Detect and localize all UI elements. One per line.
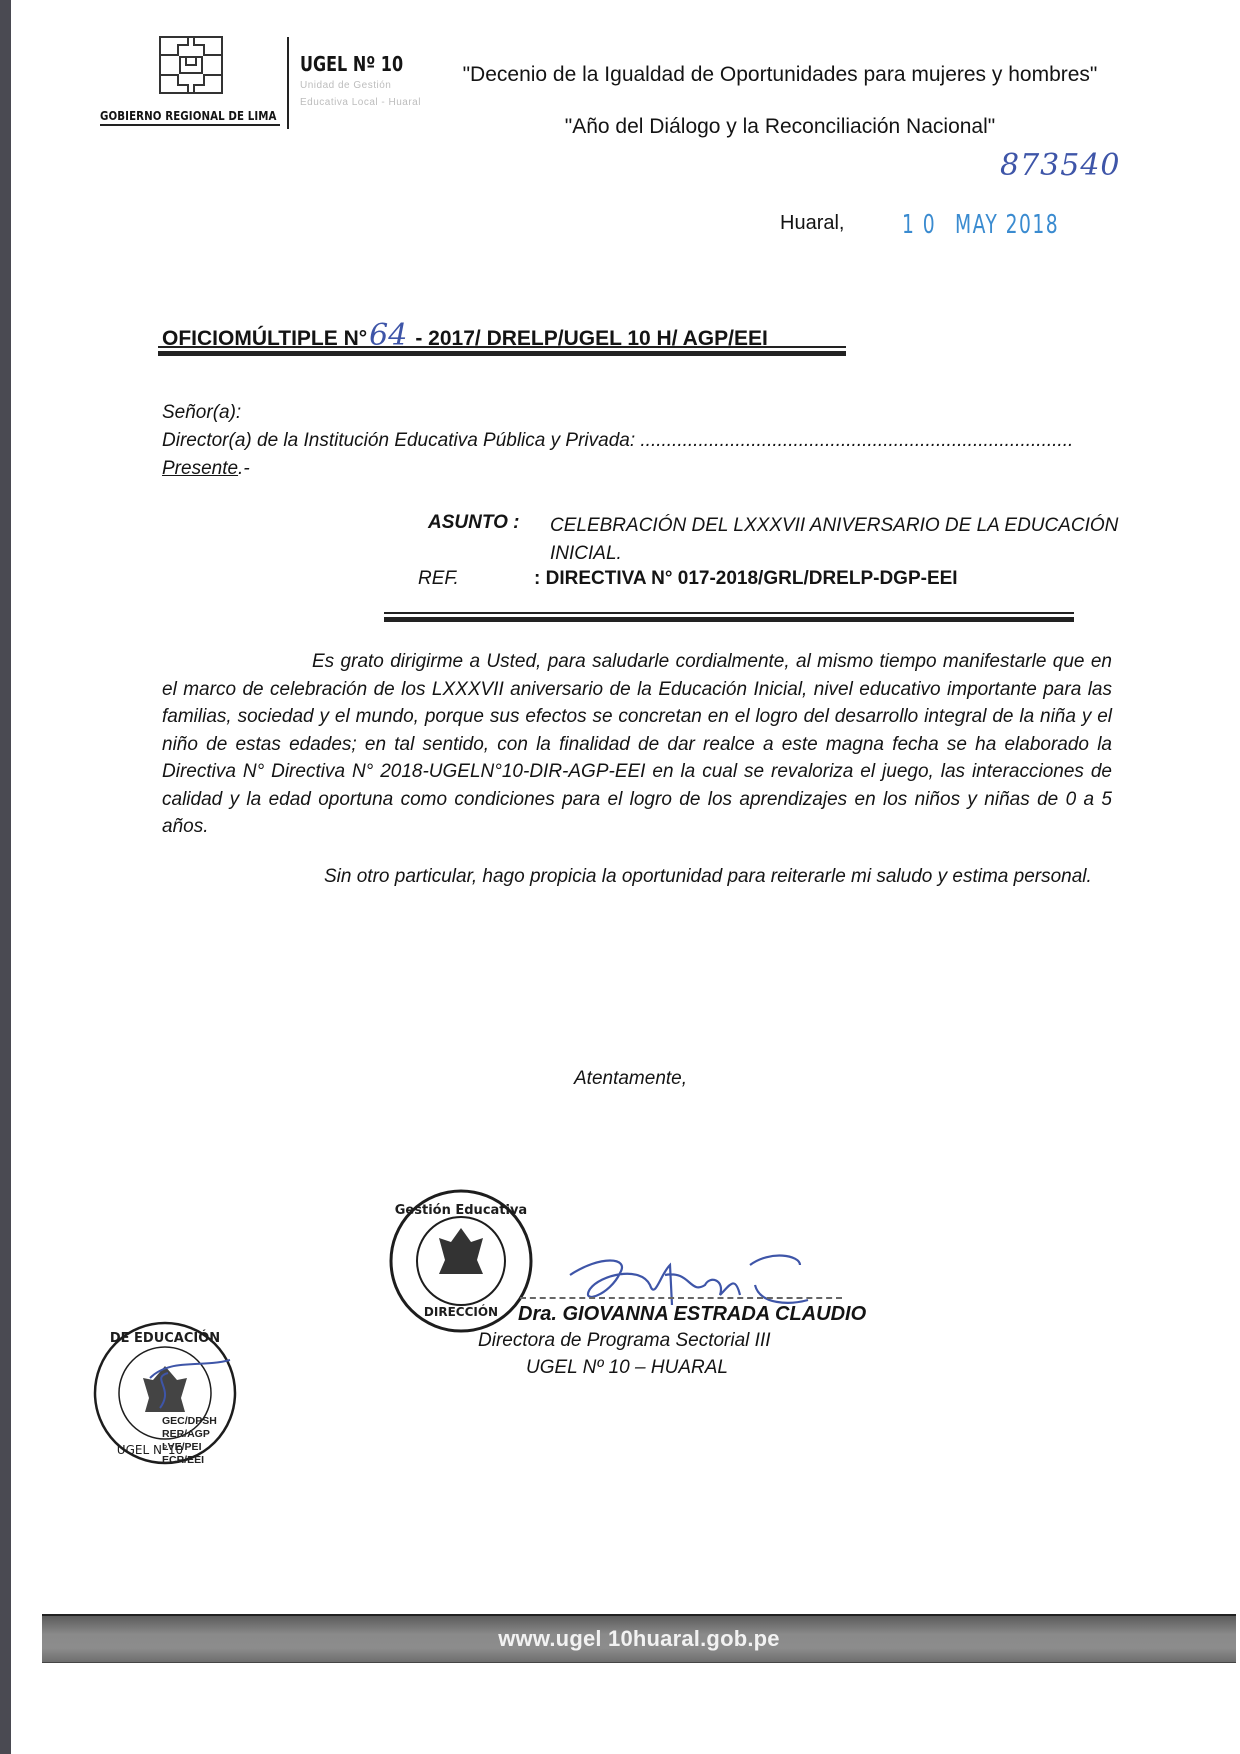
signer-unit: UGEL Nº 10 – HUARAL	[526, 1357, 728, 1379]
direction-seal-icon: Gestión Educativa DIRECCIÓN	[388, 1188, 534, 1334]
motto-decenio: "Decenio de la Igualdad de Oportunidades…	[440, 62, 1120, 88]
regional-government-logo-icon	[158, 35, 224, 95]
signer-role: Directora de Programa Sectorial III	[478, 1330, 771, 1352]
ref-text: : DIRECTIVA N° 017-2018/GRL/DRELP-DGP-EE…	[534, 568, 958, 590]
svg-text:Gestión Educativa: Gestión Educativa	[395, 1203, 527, 1218]
closing: Atentamente,	[574, 1068, 687, 1090]
body-paragraph: Sin otro particular, hago propicia la op…	[162, 862, 1112, 892]
ref-label: REF.	[418, 568, 459, 590]
presente: Presente.-	[162, 458, 250, 480]
footer-bar: www.ugel 10huaral.gob.pe	[42, 1614, 1236, 1663]
recipient: Director(a) de la Institución Educativa …	[162, 430, 1073, 452]
ugel-subtitle: Educativa Local - Huaral	[300, 97, 421, 108]
date-place: Huaral,	[780, 212, 844, 235]
registry-number-handwritten: 873540	[1000, 148, 1121, 183]
asunto-label: ASUNTO :	[428, 512, 519, 534]
salutation: Señor(a):	[162, 402, 241, 424]
divider	[158, 351, 846, 356]
divider	[100, 124, 280, 126]
routing-codes: GEC/DPSH RER/AGP LVE/PEI ECR/EEI	[162, 1415, 217, 1467]
divider	[158, 346, 846, 348]
svg-text:DIRECCIÓN: DIRECCIÓN	[424, 1304, 498, 1319]
signer-name: Dra. GIOVANNA ESTRADA CLAUDIO	[518, 1303, 866, 1326]
body-paragraph: Es grato dirigirme a Usted, para saludar…	[162, 648, 1112, 841]
divider	[384, 617, 1074, 622]
header-separator	[287, 37, 289, 129]
divider	[384, 612, 1074, 614]
asunto-text: CELEBRACIÓN DEL LXXXVII ANIVERSARIO DE L…	[550, 512, 1120, 568]
stamp-day: 1 0	[902, 210, 936, 240]
motto-year: "Año del Diálogo y la Reconciliación Nac…	[440, 114, 1120, 140]
signature-line	[520, 1297, 842, 1299]
ugel-name: UGEL Nº 10	[300, 52, 403, 76]
svg-text:DE EDUCACIÓN: DE EDUCACIÓN	[110, 1330, 220, 1346]
regional-government-name: GOBIERNO REGIONAL DE LIMA	[100, 108, 277, 123]
ugel-subtitle: Unidad de Gestión	[300, 80, 391, 91]
scan-edge	[0, 0, 11, 1754]
footer-url[interactable]: www.ugel 10huaral.gob.pe	[498, 1626, 779, 1652]
date-stamp: 1 0 MAY 2018	[902, 210, 1059, 240]
stamp-month-year: MAY 2018	[955, 210, 1059, 240]
